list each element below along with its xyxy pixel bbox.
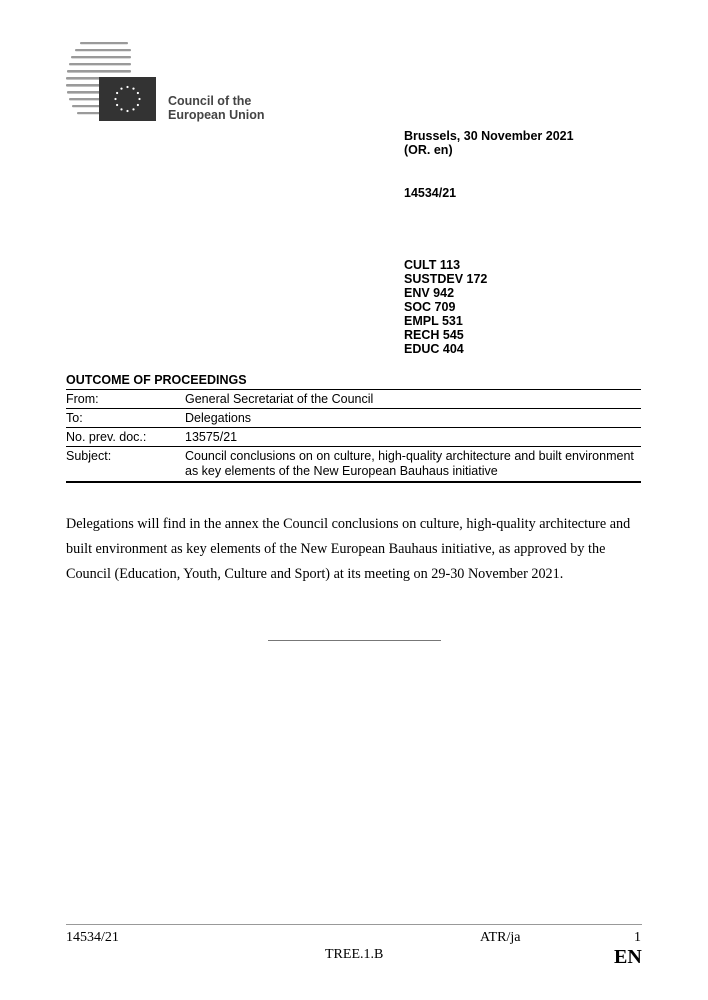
footer-department: TREE.1.B <box>325 947 383 963</box>
document-meta: Brussels, 30 November 2021 (OR. en) 1453… <box>404 129 574 200</box>
row-label: No. prev. doc.: <box>66 428 185 447</box>
code-item: SOC 709 <box>404 300 487 314</box>
table-row: No. prev. doc.: 13575/21 <box>66 428 641 447</box>
footer-document-number: 14534/21 <box>66 930 119 946</box>
section-title: OUTCOME OF PROCEEDINGS <box>66 372 641 390</box>
table-row: From: General Secretariat of the Council <box>66 390 641 409</box>
organisation-line-2: European Union <box>168 108 265 122</box>
footer-page-number: 1 <box>634 930 641 946</box>
row-value: Council conclusions on on culture, high-… <box>185 447 641 483</box>
table-row: Subject: Council conclusions on on cultu… <box>66 447 641 483</box>
separator-line <box>268 640 441 641</box>
proceedings-table: From: General Secretariat of the Council… <box>66 390 641 483</box>
row-label: From: <box>66 390 185 409</box>
organisation-line-1: Council of the <box>168 94 265 108</box>
code-item: ENV 942 <box>404 286 487 300</box>
body-paragraph: Delegations will find in the annex the C… <box>66 512 644 587</box>
footer-language: EN <box>614 946 642 968</box>
place-date: Brussels, 30 November 2021 <box>404 129 574 143</box>
row-value: General Secretariat of the Council <box>185 390 641 409</box>
row-value: 13575/21 <box>185 428 641 447</box>
footer-author-initials: ATR/ja <box>480 930 520 946</box>
code-item: CULT 113 <box>404 258 487 272</box>
document-number: 14534/21 <box>404 186 574 200</box>
code-item: RECH 545 <box>404 328 487 342</box>
council-eu-logo-icon <box>66 40 162 122</box>
row-label: To: <box>66 409 185 428</box>
footer-divider <box>66 924 642 925</box>
outcome-of-proceedings: OUTCOME OF PROCEEDINGS From: General Sec… <box>66 372 641 483</box>
organisation-name: Council of the European Union <box>168 94 265 122</box>
table-row: To: Delegations <box>66 409 641 428</box>
row-value: Delegations <box>185 409 641 428</box>
classification-codes: CULT 113 SUSTDEV 172 ENV 942 SOC 709 EMP… <box>404 258 487 356</box>
row-label: Subject: <box>66 447 185 483</box>
original-language: (OR. en) <box>404 143 574 157</box>
code-item: SUSTDEV 172 <box>404 272 487 286</box>
code-item: EDUC 404 <box>404 342 487 356</box>
code-item: EMPL 531 <box>404 314 487 328</box>
